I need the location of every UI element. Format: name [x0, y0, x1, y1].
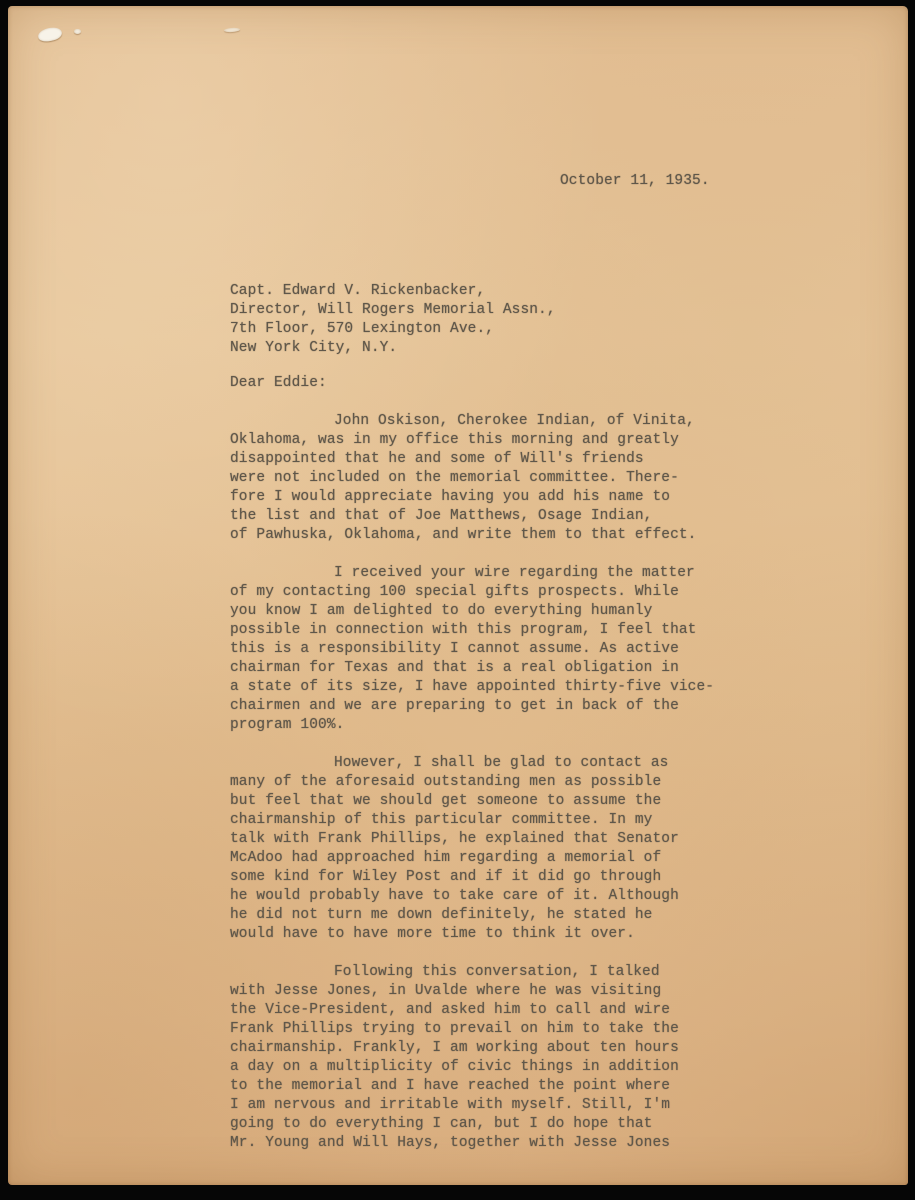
paragraph-1: John Oskison, Cherokee Indian, of Vinita…: [230, 412, 720, 545]
paper-speck: [74, 29, 81, 34]
paragraph-4: Following this conversation, I talked wi…: [230, 963, 720, 1153]
letter-date: October 11, 1935.: [230, 172, 720, 191]
address-line-name: Capt. Edward V. Rickenbacker,: [230, 282, 720, 301]
recipient-address: Capt. Edward V. Rickenbacker, Director, …: [230, 282, 720, 358]
address-line-title: Director, Will Rogers Memorial Assn.,: [230, 301, 720, 320]
paragraph-3: However, I shall be glad to contact as m…: [230, 754, 720, 944]
salutation: Dear Eddie:: [230, 374, 720, 393]
scan-background: October 11, 1935. Capt. Edward V. Ricken…: [0, 0, 915, 1200]
address-line-city: New York City, N.Y.: [230, 339, 720, 358]
letter-content: October 11, 1935. Capt. Edward V. Ricken…: [230, 6, 720, 1153]
paragraph-2: I received your wire regarding the matte…: [230, 564, 720, 735]
letter-page: October 11, 1935. Capt. Edward V. Ricken…: [8, 6, 908, 1185]
address-line-street: 7th Floor, 570 Lexington Ave.,: [230, 320, 720, 339]
paper-hole: [37, 26, 63, 42]
